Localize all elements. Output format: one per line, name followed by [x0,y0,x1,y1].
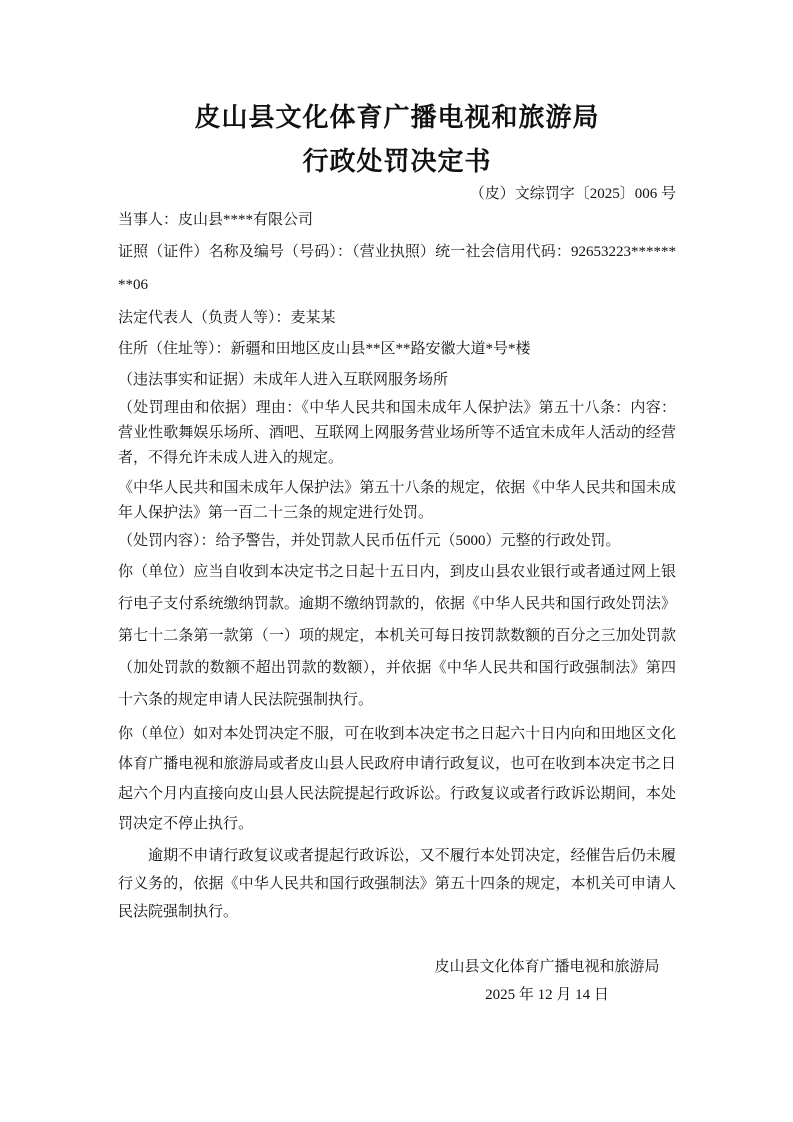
legal-representative-line: 法定代表人（负责人等）：麦某某 [118,302,676,334]
document-title-line1: 皮山县文化体育广播电视和旅游局 [118,96,676,140]
issuing-agency: 皮山县文化体育广播电视和旅游局 [418,953,676,981]
license-line: 证照（证件）名称及编号（号码）：（营业执照）统一社会信用代码：92653223*… [118,236,676,302]
appeal-rights-paragraph: 你（单位）如对本处罚决定不服，可在收到本决定书之日起六十日内向和田地区文化体育广… [118,719,676,839]
issue-date: 2025 年 12 月 14 日 [418,981,676,1009]
party-line: 当事人：皮山县****有限公司 [118,204,676,236]
penalty-basis-paragraph: 《中华人民共和国未成年人保护法》第五十八条的规定，依据《中华人民共和国未成年人保… [118,476,676,526]
document-body: 当事人：皮山县****有限公司 证照（证件）名称及编号（号码）：（营业执照）统一… [118,204,676,926]
document-page: 皮山县文化体育广播电视和旅游局 行政处罚决定书 （皮）文综罚字〔2025〕006… [0,0,793,1122]
address-line: 住所（住址等）：新疆和田地区皮山县**区**路安徽大道*号*楼 [118,334,676,365]
payment-instructions-paragraph: 你（单位）应当自收到本决定书之日起十五日内，到皮山县农业银行或者通过网上银行电子… [118,556,676,716]
penalty-reason-paragraph: （处罚理由和依据）理由：《中华人民共和国未成年人保护法》第五十八条：内容：营业性… [118,396,676,471]
signature-block: 皮山县文化体育广播电视和旅游局 2025 年 12 月 14 日 [118,953,676,1009]
facts-evidence-line: （违法事实和证据）未成年人进入互联网服务场所 [118,365,676,396]
document-number: （皮）文综罚字〔2025〕006 号 [118,184,676,204]
penalty-content-line: （处罚内容）：给予警告，并处罚款人民币伍仟元（5000）元整的行政处罚。 [118,527,676,556]
document-title-line2: 行政处罚决定书 [118,140,676,184]
enforcement-warning-paragraph: 逾期不申请行政复议或者提起行政诉讼，又不履行本处罚决定，经催告后仍未履行义务的，… [118,842,676,926]
